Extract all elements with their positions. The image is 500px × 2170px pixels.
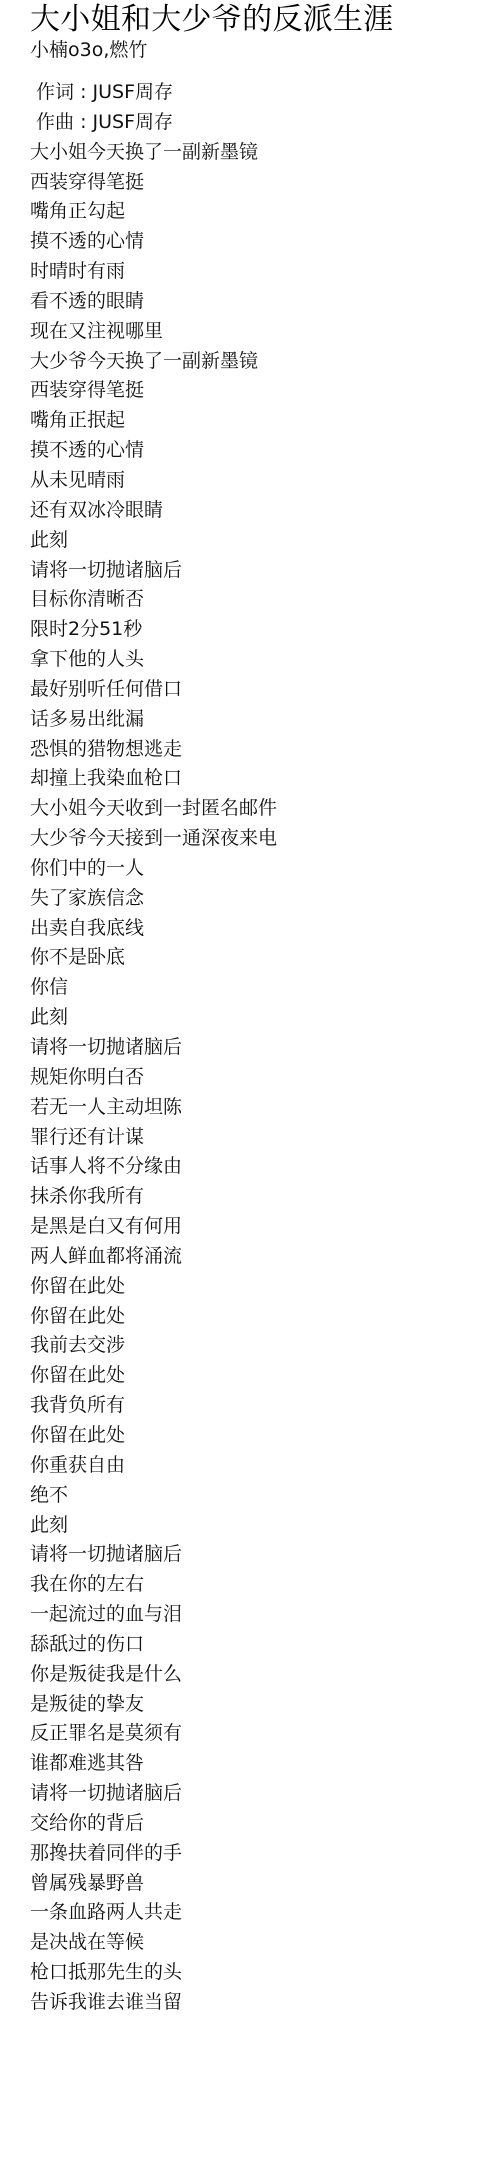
lyric-line: 嘴角正勾起	[30, 197, 277, 227]
lyric-line: 枪口抵那先生的头	[30, 1958, 277, 1988]
lyric-line: 交给你的背后	[30, 1809, 277, 1839]
lyric-line: 却撞上我染血枪口	[30, 764, 277, 794]
lyric-line: 请将一切抛诸脑后	[30, 1033, 277, 1063]
lyric-line: 你不是卧底	[30, 943, 277, 973]
lyric-line: 是决战在等候	[30, 1928, 277, 1958]
lyric-line: 话多易出纰漏	[30, 705, 277, 735]
lyric-line: 两人鲜血都将涌流	[30, 1242, 277, 1272]
lyric-line: 大小姐今天换了一副新墨镜	[30, 138, 277, 168]
lyric-line: 反正罪名是莫须有	[30, 1719, 277, 1749]
credit-line: 作词 : JUSF周存	[30, 78, 277, 108]
lyric-line: 西装穿得笔挺	[30, 376, 277, 406]
credit-line: 作曲 : JUSF周存	[30, 108, 277, 138]
lyric-line: 你信	[30, 973, 277, 1003]
lyric-line: 恐惧的猎物想逃走	[30, 735, 277, 765]
lyric-line: 一起流过的血与泪	[30, 1600, 277, 1630]
lyric-line: 还有双冰冷眼睛	[30, 496, 277, 526]
lyric-line: 谁都难逃其咎	[30, 1749, 277, 1779]
lyric-line: 现在又注视哪里	[30, 317, 277, 347]
lyric-line: 失了家族信念	[30, 884, 277, 914]
lyric-line: 曾属残暴野兽	[30, 1869, 277, 1899]
lyric-line: 你留在此处	[30, 1302, 277, 1332]
lyric-line: 你留在此处	[30, 1361, 277, 1391]
lyric-line: 拿下他的人头	[30, 645, 277, 675]
lyric-line: 此刻	[30, 1003, 277, 1033]
lyrics-list: 作词 : JUSF周存 作曲 : JUSF周存大小姐今天换了一副新墨镜西装穿得笔…	[30, 78, 277, 2018]
lyric-line: 从未见晴雨	[30, 466, 277, 496]
song-artist: 小楠o3o,燃竹	[30, 37, 147, 63]
lyric-line: 出卖自我底线	[30, 914, 277, 944]
lyric-line: 是叛徒的挚友	[30, 1690, 277, 1720]
lyric-line: 告诉我谁去谁当留	[30, 1988, 277, 2018]
lyric-line: 你留在此处	[30, 1421, 277, 1451]
lyric-line: 你们中的一人	[30, 854, 277, 884]
lyric-line: 抹杀你我所有	[30, 1182, 277, 1212]
lyric-line: 请将一切抛诸脑后	[30, 1540, 277, 1570]
lyric-line: 我在你的左右	[30, 1570, 277, 1600]
lyric-line: 摸不透的心情	[30, 227, 277, 257]
lyric-line: 请将一切抛诸脑后	[30, 1779, 277, 1809]
lyric-line: 请将一切抛诸脑后	[30, 556, 277, 586]
lyric-line: 是黑是白又有何用	[30, 1212, 277, 1242]
lyric-line: 限时2分51秒	[30, 615, 277, 645]
lyric-line: 罪行还有计谋	[30, 1123, 277, 1153]
lyric-line: 你是叛徒我是什么	[30, 1660, 277, 1690]
lyric-line: 最好别听任何借口	[30, 675, 277, 705]
lyric-line: 此刻	[30, 1511, 277, 1541]
lyric-line: 目标你清晰否	[30, 585, 277, 615]
lyric-line: 看不透的眼睛	[30, 287, 277, 317]
song-title: 大小姐和大少爷的反派生涯	[30, 0, 394, 40]
lyric-line: 话事人将不分缘由	[30, 1152, 277, 1182]
lyric-line: 摸不透的心情	[30, 436, 277, 466]
lyric-line: 一条血路两人共走	[30, 1898, 277, 1928]
lyric-line: 时晴时有雨	[30, 257, 277, 287]
lyric-line: 那搀扶着同伴的手	[30, 1839, 277, 1869]
lyric-line: 若无一人主动坦陈	[30, 1093, 277, 1123]
lyric-line: 我前去交涉	[30, 1331, 277, 1361]
lyric-line: 规矩你明白否	[30, 1063, 277, 1093]
lyric-line: 大少爷今天换了一副新墨镜	[30, 347, 277, 377]
lyric-line: 西装穿得笔挺	[30, 168, 277, 198]
lyric-line: 你重获自由	[30, 1451, 277, 1481]
lyric-line: 大少爷今天接到一通深夜来电	[30, 824, 277, 854]
lyric-line: 绝不	[30, 1481, 277, 1511]
lyric-line: 大小姐今天收到一封匿名邮件	[30, 794, 277, 824]
lyric-line: 你留在此处	[30, 1272, 277, 1302]
lyric-line: 我背负所有	[30, 1391, 277, 1421]
lyric-line: 此刻	[30, 526, 277, 556]
lyric-line: 嘴角正抿起	[30, 406, 277, 436]
lyric-line: 舔舐过的伤口	[30, 1630, 277, 1660]
